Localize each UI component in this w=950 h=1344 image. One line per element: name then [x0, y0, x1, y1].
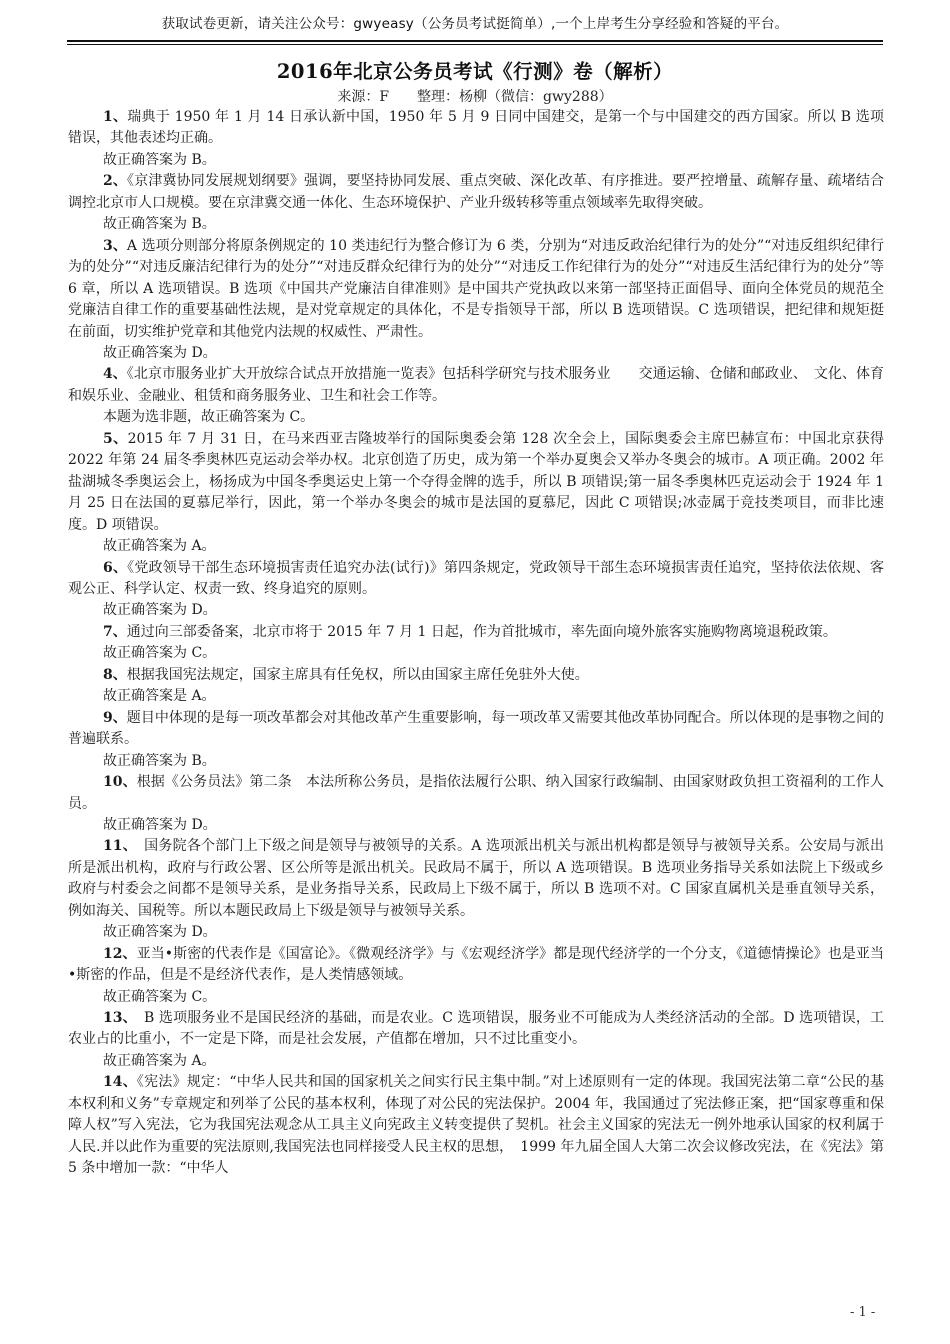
answer-10: 故正确答案为 D。	[68, 815, 884, 836]
item-9: 9、题目中体现的是每一项改革都会对其他改革产生重要影响，每一项改革又需要其他改革…	[68, 708, 884, 751]
item-8: 8、根据我国宪法规定，国家主席具有任免权，所以由国家主席任免驻外大使。	[68, 665, 884, 686]
item-12: 12、亚当•斯密的代表作是《国富论》。《微观经济学》与《宏观经济学》都是现代经济…	[68, 944, 884, 987]
answer-13: 故正确答案为 A。	[68, 1051, 884, 1072]
item-11: 11、 国务院各个部门上下级之间是领导与被领导的关系。A 选项派出机关与派出机构…	[68, 836, 884, 922]
answer-11: 故正确答案为 D。	[68, 922, 884, 943]
answer-6: 故正确答案为 D。	[68, 600, 884, 621]
item-3: 3、A 选项分则部分将原条例规定的 10 类违纪行为整合修订为 6 类，分别为“…	[68, 236, 884, 343]
document-source: 来源：F 整理：杨柳（微信：gwy288）	[0, 86, 950, 106]
item-7: 7、通过向三部委备案，北京市将于 2015 年 7 月 1 日起，作为首批城市，…	[68, 622, 884, 643]
answer-9: 故正确答案为 B。	[68, 751, 884, 772]
item-13: 13、 B 选项服务业不是国民经济的基础，而是农业。C 选项错误，服务业不可能成…	[68, 1008, 884, 1051]
answer-1: 故正确答案为 B。	[68, 150, 884, 171]
answer-3: 故正确答案为 D。	[68, 343, 884, 364]
document-title: 2016年北京公务员考试《行测》卷（解析）	[0, 56, 950, 84]
answer-8: 故正确答案是 A。	[68, 686, 884, 707]
item-4: 4、《北京市服务业扩大开放综合试点开放措施一览表》包括科学研究与技术服务业 交通…	[68, 364, 884, 407]
header-divider	[67, 40, 883, 45]
answer-2: 故正确答案为 B。	[68, 214, 884, 235]
header-note: 获取试卷更新，请关注公众号：gwyeasy（公务员考试挺简单）,一个上岸考生分享…	[0, 12, 950, 32]
item-6: 6、《党政领导干部生态环境损害责任追究办法(试行)》第四条规定，党政领导干部生态…	[68, 558, 884, 601]
answer-12: 故正确答案为 C。	[68, 987, 884, 1008]
answer-5: 故正确答案为 A。	[68, 536, 884, 557]
item-10: 10、根据《公务员法》第二条 本法所称公务员，是指依法履行公职、纳入国家行政编制…	[68, 772, 884, 815]
item-5: 5、2015 年 7 月 31 日，在马来西亚吉隆坡举行的国际奥委会第 128 …	[68, 429, 884, 536]
answer-7: 故正确答案为 C。	[68, 643, 884, 664]
page-number: - 1 -	[850, 1305, 875, 1320]
document-body: 1、瑞典于 1950 年 1 月 14 日承认新中国，1950 年 5 月 9 …	[68, 107, 884, 1180]
item-14: 14、《宪法》规定：“中华人民共和国的国家机关之间实行民主集中制。”对上述原则有…	[68, 1072, 884, 1179]
item-1: 1、瑞典于 1950 年 1 月 14 日承认新中国，1950 年 5 月 9 …	[68, 107, 884, 150]
answer-4: 本题为选非题，故正确答案为 C。	[68, 407, 884, 428]
item-2: 2、《京津冀协同发展规划纲要》强调，要坚持协同发展、重点突破、深化改革、有序推进…	[68, 171, 884, 214]
